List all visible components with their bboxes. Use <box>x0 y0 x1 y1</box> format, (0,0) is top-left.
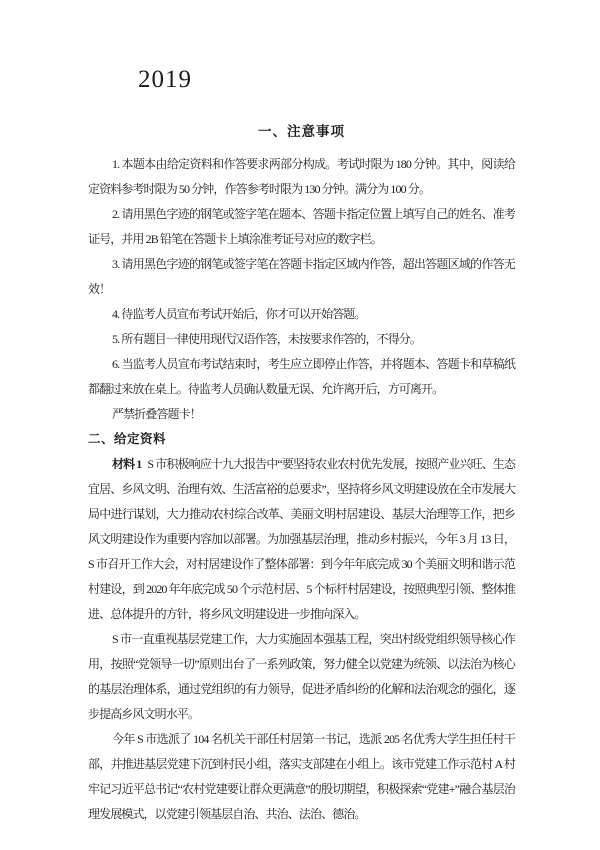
notice-item-6: 6. 当监考人员宣布考试结束时，考生应立即停止作答，并将题本、答题卡和草稿纸都翻… <box>88 352 515 402</box>
notices-section-heading: 一、注意事项 <box>88 124 515 140</box>
page-content: 2019 一、注意事项 1. 本题本由给定资料和作答要求两部分构成。考试时限为 … <box>88 66 515 827</box>
material-1-paragraph-1-text: S 市积极响应十九大报告中“要坚持农业农村优先发展，按照产业兴旺、生态宜居、乡风… <box>88 457 515 621</box>
materials-section-heading: 二、给定资料 <box>88 427 515 452</box>
no-fold-warning: 严禁折叠答题卡！ <box>88 402 515 427</box>
notice-item-2: 2. 请用黑色字迹的钢笔或签字笔在题本、答题卡指定位置上填写自己的姓名、准考证号… <box>88 202 515 252</box>
material-1-paragraph-2: S 市一直重视基层党建工作，大力实施固本强基工程，突出村级党组织领导核心作用，按… <box>88 627 515 727</box>
material-1-paragraph-1: 材料 1S 市积极响应十九大报告中“要坚持农业农村优先发展，按照产业兴旺、生态宜… <box>88 452 515 627</box>
material-1-paragraph-3: 今年 S 市选派了 104 名机关干部任村居第一书记，选派 205 名优秀大学生… <box>88 727 515 827</box>
material-1-label: 材料 1 <box>112 457 141 471</box>
notice-item-1: 1. 本题本由给定资料和作答要求两部分构成。考试时限为 180 分钟。其中，阅读… <box>88 152 515 202</box>
notice-item-3: 3. 请用黑色字迹的钢笔或签字笔在答题卡指定区域内作答，超出答题区域的作答无效！ <box>88 252 515 302</box>
exam-paper-page: 2019 一、注意事项 1. 本题本由给定资料和作答要求两部分构成。考试时限为 … <box>0 0 600 850</box>
notice-item-5: 5. 所有题目一律使用现代汉语作答，未按要求作答的，不得分。 <box>88 327 515 352</box>
year-title: 2019 <box>138 66 515 94</box>
notice-item-4: 4. 待监考人员宣布考试开始后，你才可以开始答题。 <box>88 302 515 327</box>
